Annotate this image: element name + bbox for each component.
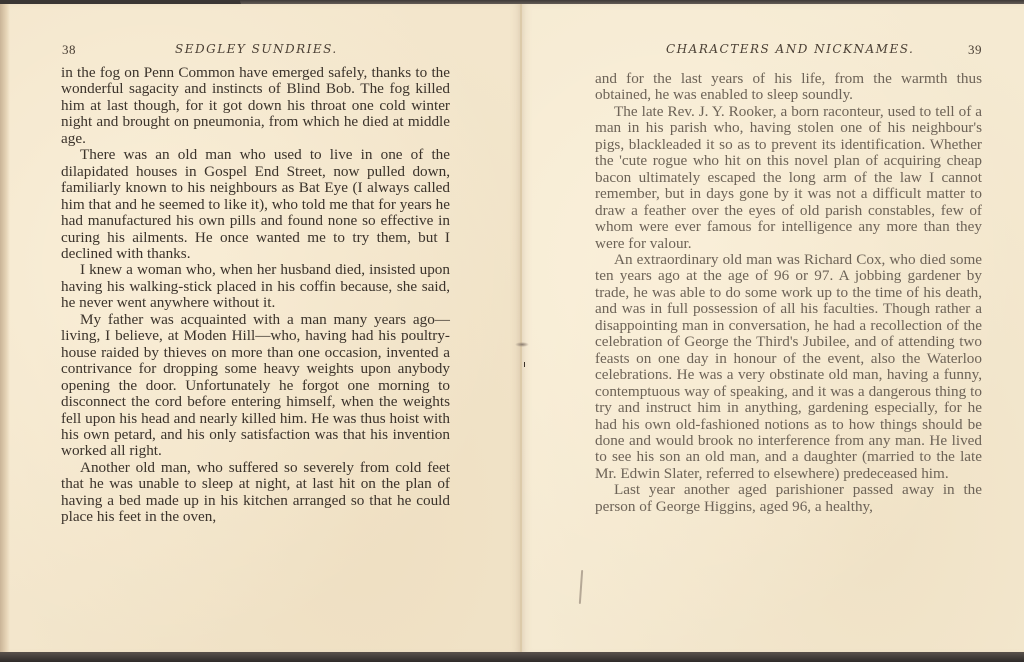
- bottom-shadow: [0, 652, 1024, 662]
- page-edge: [0, 4, 10, 654]
- open-book: 38 SEDGLEY SUNDRIES. in the fog on Penn …: [0, 0, 1024, 662]
- binding-stitch-mark: [515, 342, 529, 347]
- paragraph: There was an old man who used to live in…: [61, 147, 450, 262]
- paragraph: and for the last years of his life, from…: [595, 71, 982, 104]
- page-number-right: 39: [968, 42, 982, 58]
- left-page-body: in the fog on Penn Common have emerged s…: [61, 65, 450, 526]
- book-gutter: [520, 4, 522, 654]
- paragraph: in the fog on Penn Common have emerged s…: [61, 65, 450, 147]
- paragraph: I knew a woman who, when her husband die…: [61, 262, 450, 311]
- paragraph: The late Rev. J. Y. Rooker, a born racon…: [595, 104, 982, 252]
- right-page: CHARACTERS AND NICKNAMES. 39 and for the…: [521, 4, 1024, 654]
- right-page-body: and for the last years of his life, from…: [595, 71, 982, 515]
- running-head-right: CHARACTERS AND NICKNAMES.: [666, 42, 914, 56]
- binding-thread: [524, 362, 525, 367]
- left-page: 38 SEDGLEY SUNDRIES. in the fog on Penn …: [0, 4, 521, 654]
- paragraph: Another old man, who suffered so severel…: [61, 460, 450, 526]
- paragraph: An extraordinary old man was Richard Cox…: [595, 252, 982, 482]
- paragraph: My father was acquainted with a man many…: [61, 312, 450, 460]
- running-head-left: SEDGLEY SUNDRIES.: [175, 42, 338, 56]
- paragraph: Last year another aged parishioner passe…: [595, 482, 982, 515]
- page-number-left: 38: [62, 42, 76, 58]
